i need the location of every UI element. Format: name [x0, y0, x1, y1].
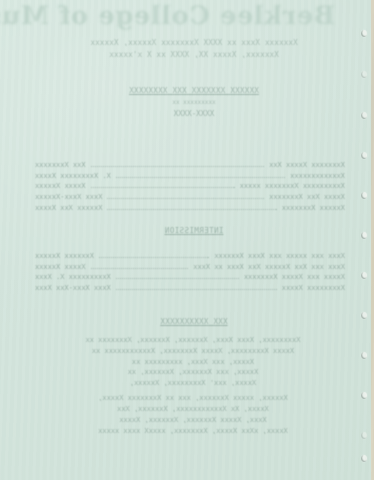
- punch-hole: [361, 432, 367, 439]
- punch-hole: [361, 30, 367, 37]
- punch-hole: [361, 232, 367, 239]
- program-row: Xxxxxx Xxxxxxxx Xxxxxx Xxx Xxxxx: [35, 201, 345, 212]
- performer-line: Xxxxxx, xxxxx Xxxxxxx, xxx xx Xxxxxxxx X…: [52, 393, 334, 404]
- program-title: Xxxxxxxx Xxxxx Xxx: [269, 161, 345, 169]
- masthead-ghost-text: Berklee College of Music: [65, 1, 335, 31]
- program-title: Xxxxxxxxxxxxx: [290, 172, 345, 180]
- punch-hole: [361, 152, 367, 159]
- subhead-ghost-block: Xxxxxxx Xxxx xx XXXX Xxxxxxxx Xxxxxx, Xx…: [14, 37, 374, 61]
- program-row: Xxxxxxxxx Xxxxx Xxxx Xxxx-Xxx Xxxx: [35, 281, 345, 292]
- punch-hole: [361, 192, 367, 199]
- punch-hole: [361, 392, 367, 399]
- program-performer: Xxxxxxx Xxxxxx: [35, 252, 94, 260]
- punch-hole: [361, 352, 367, 359]
- dot-leader: [107, 198, 264, 199]
- dot-leader: [91, 166, 265, 167]
- program-performer: Xxx Xxxxxxxx: [35, 161, 86, 169]
- program-row: Xxxxxxxxxxxxx X. Xxxxxxxxx Xxxxx: [35, 169, 345, 180]
- punch-hole: [361, 71, 367, 78]
- performers-heading: XXX XXXXXXXXXX: [14, 317, 374, 326]
- performer-line: Xxxxx, Xx Xxxxxxxxxxxx, Xxxxxxx, Xxx: [52, 404, 334, 415]
- performer-line: Xxxxx, xxx Xxxx, xxxxxxxxx xx: [52, 357, 334, 368]
- program-performer: Xxxxx Xxxxxx: [35, 182, 86, 190]
- program-row: Xxxxxxxx Xxxxx Xxx Xxx Xxxxxxxx: [35, 158, 345, 169]
- dot-leader: [116, 177, 285, 178]
- program-performer: Xxxxxxxxxx X. Xxxx: [35, 273, 111, 281]
- performer-line: Xxxxxxxxx, Xxxx Xxxx, Xxxxxxx, Xxxxxxx, …: [52, 335, 334, 346]
- program-row: Xxxxx xxx Xxxxx Xxxxxxxx Xxxxxxxxxx X. X…: [35, 271, 345, 282]
- program-title: Xxxxxxxxx Xxxxx: [282, 284, 345, 292]
- concert-season-line: XXXX-XXXX: [14, 108, 374, 120]
- program-list-2: Xxxx xxx xxxxx xxx Xxxx Xxxxxxx Xxxxxxx …: [35, 249, 345, 292]
- dot-leader: [91, 187, 235, 188]
- program-list-1: Xxxxxxxx Xxxxx Xxx Xxx Xxxxxxxx Xxxxxxxx…: [35, 158, 345, 212]
- program-title: Xxxxx Xxx Xxxxxxxx: [269, 193, 345, 201]
- dot-leader: [91, 268, 189, 269]
- intermission-heading: INTERMISSION: [14, 226, 374, 235]
- program-row: Xxxx xxx Xxx Xxxxxx Xxx Xxxx xx Xxxx Xxx…: [35, 260, 345, 271]
- performer-line: Xxxxx, xxx' Xxxxxxxxx, Xxxxxx,: [52, 378, 334, 389]
- performer-line: Xxxxx Xxxxxxxxx, Xxxxx Xxxxxxxx, Xxxxxxx…: [52, 346, 334, 357]
- dot-leader: [116, 278, 239, 279]
- program-title: Xxxxxx Xxxxxxxx: [282, 204, 345, 212]
- program-performer: Xxxx Xxxx-Xxxxxx: [35, 193, 102, 201]
- punch-hole: [361, 455, 367, 462]
- concert-title-line: XXXXXX XXXXXXX XXX XXXXXXXX: [14, 85, 374, 97]
- dot-leader: [99, 257, 209, 258]
- punch-hole: [361, 272, 367, 279]
- program-performer: Xxxx Xxxx-Xxx Xxxx: [35, 284, 111, 292]
- punch-hole: [361, 312, 367, 319]
- concert-subtitle-line: xxxxxxxxx xx: [14, 97, 374, 108]
- performer-line: Xxxxx, xXxx Xxxxx, Xxxxxxxx, xxxxX xxxx …: [52, 426, 334, 437]
- dot-leader: [116, 289, 277, 290]
- performers-list: Xxxxxxxxx, Xxxx Xxxx, Xxxxxxx, Xxxxxxx, …: [52, 335, 334, 437]
- program-row: Xxxxxxxxxx Xxxxxxxx xxxxx Xxxxx Xxxxxx: [35, 180, 345, 191]
- program-row: Xxxx xxx xxxxx xxx Xxxx Xxxxxxx Xxxxxxx …: [35, 249, 345, 260]
- performer-line: Xxxx, Xxxxx Xxxxxxx, Xxxxxxx, Xxxxx: [52, 415, 334, 426]
- bleedthrough-layer: Berklee College of Music Xxxxxxx Xxxx xx…: [0, 0, 374, 480]
- program-performer: Xxxxx Xxxxxx: [35, 263, 86, 271]
- dot-leader: [107, 209, 276, 210]
- program-title: Xxxxxxxxxx Xxxxxxxx xxxxx: [240, 182, 345, 190]
- concert-title-block: XXXXXX XXXXXXX XXX XXXXXXXX xxxxxxxxx xx…: [14, 85, 374, 120]
- scanned-page: Berklee College of Music Xxxxxxx Xxxx xx…: [0, 0, 374, 480]
- punch-hole: [361, 112, 367, 119]
- program-row: Xxxxx Xxx Xxxxxxxx Xxxx Xxxx-Xxxxxx: [35, 190, 345, 201]
- program-performer: Xxxxxx Xxx Xxxxx: [35, 204, 102, 212]
- performer-line: Xxxxx, xxx Xxxxxxx, Xxxxxxx, xx: [52, 367, 334, 378]
- program-performer: X. Xxxxxxxxx Xxxxx: [35, 172, 111, 180]
- subhead-line: Xxxxxxx Xxxx xx XXXX Xxxxxxxx Xxxxxx, Xx…: [14, 37, 374, 49]
- program-title: Xxxx xxx Xxx Xxxxxx Xxx Xxxx xx Xxxx: [193, 263, 345, 271]
- subhead-line: Xxxxxxx, Xxxxx XX, XXXX xx X x'xxxxx: [14, 49, 374, 61]
- program-title: Xxxxx xxx Xxxxx Xxxxxxxx: [244, 273, 345, 281]
- program-title: Xxxx xxx xxxxx xxx Xxxx Xxxxxxx: [214, 252, 345, 260]
